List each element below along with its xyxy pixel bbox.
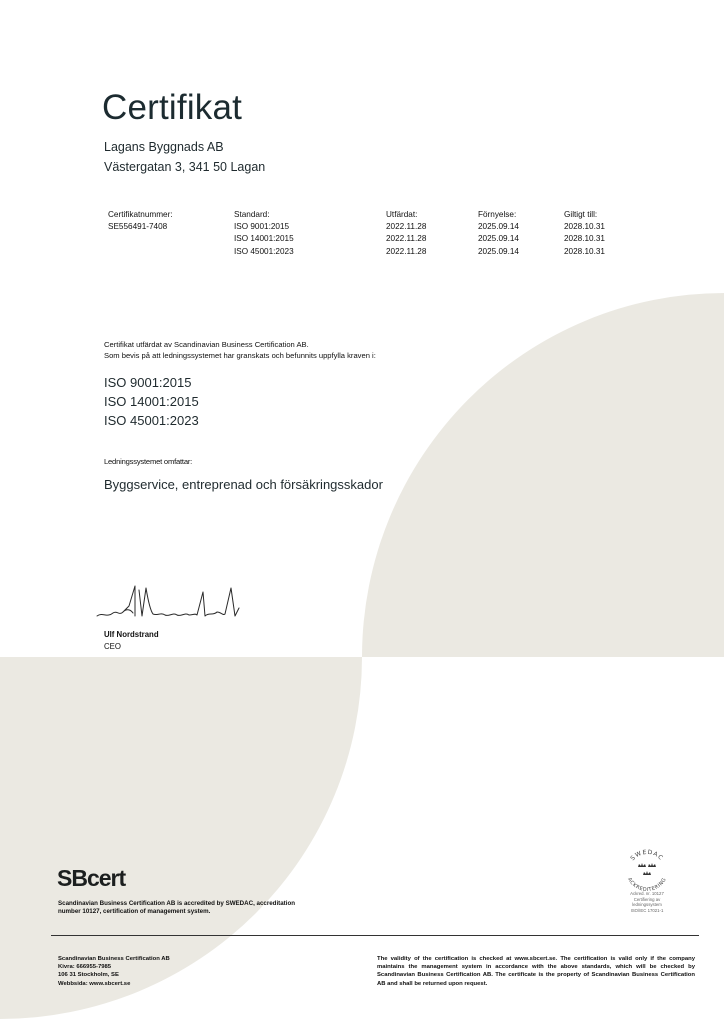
swedac-caption-line: ISO/IEC 17021-1 (614, 908, 680, 914)
footer-disclaimer: The validity of the certification is che… (377, 955, 695, 988)
issued-column: Utfärdat: 2022.11.28 2022.11.28 2022.11.… (386, 209, 426, 258)
footer-divider (51, 935, 699, 936)
company-name: Lagans Byggnads AB (104, 140, 224, 154)
svg-text:SWEDAC: SWEDAC (629, 849, 664, 862)
company-address: Västergatan 3, 341 50 Lagan (104, 160, 265, 174)
signer-name: Ulf Nordstrand (104, 630, 159, 639)
table-cell-renewal: 2025.09.14 (478, 221, 519, 233)
standard-column: Standard: ISO 9001:2015 ISO 14001:2015 I… (234, 209, 294, 258)
valid-until-header: Giltigt till: (564, 209, 605, 221)
certificate-number-header: Certifikatnummer: (108, 209, 173, 221)
footer-contact: Scandinavian Business Certification AB K… (58, 955, 170, 988)
footer-company: Scandinavian Business Certification AB (58, 955, 170, 963)
footer-website: Webbsida: www.sbcert.se (58, 980, 170, 988)
footer-postal: 106 31 Stockholm, SE (58, 971, 170, 979)
sbcert-logo: SBcert (57, 865, 125, 892)
table-cell-issued: 2022.11.28 (386, 246, 426, 258)
table-cell-renewal: 2025.09.14 (478, 233, 519, 245)
swedac-caption: Ackred. nr. 10127 Certifiering av lednin… (614, 891, 680, 914)
background-quarter-circle-top-right (362, 293, 724, 657)
standard-header: Standard: (234, 209, 294, 221)
table-cell-renewal: 2025.09.14 (478, 246, 519, 258)
table-cell-valid-until: 2028.10.31 (564, 246, 605, 258)
page-title: Certifikat (102, 88, 242, 128)
background-quarter-circle-bottom-left (0, 657, 362, 1019)
footer-org-number: Kivra: 666955-7985 (58, 963, 170, 971)
certificate-number-value: SE556491-7408 (108, 221, 173, 233)
issued-header: Utfärdat: (386, 209, 426, 221)
certified-standard: ISO 9001:2015 (104, 373, 199, 392)
certified-standard: ISO 45001:2023 (104, 411, 199, 430)
renewal-header: Förnyelse: (478, 209, 519, 221)
valid-until-column: Giltigt till: 2028.10.31 2028.10.31 2028… (564, 209, 605, 258)
table-cell-standard: ISO 45001:2023 (234, 246, 294, 258)
table-cell-standard: ISO 9001:2015 (234, 221, 294, 233)
scope-value: Byggservice, entreprenad och försäkrings… (104, 477, 383, 492)
signer-title: CEO (104, 642, 121, 651)
renewal-column: Förnyelse: 2025.09.14 2025.09.14 2025.09… (478, 209, 519, 258)
table-cell-issued: 2022.11.28 (386, 221, 426, 233)
table-cell-issued: 2022.11.28 (386, 233, 426, 245)
table-cell-valid-until: 2028.10.31 (564, 233, 605, 245)
signature-icon (95, 582, 245, 622)
scope-label: Ledningssystemet omfattar: (104, 457, 192, 466)
table-cell-valid-until: 2028.10.31 (564, 221, 605, 233)
certified-standards-list: ISO 9001:2015 ISO 14001:2015 ISO 45001:2… (104, 373, 199, 430)
certificate-number-column: Certifikatnummer: SE556491-7408 (108, 209, 173, 233)
statement-line-1: Certifikat utfärdat av Scandinavian Busi… (104, 339, 376, 350)
certification-statement: Certifikat utfärdat av Scandinavian Busi… (104, 339, 376, 362)
accreditation-note: Scandinavian Business Certification AB i… (58, 900, 318, 917)
certified-standard: ISO 14001:2015 (104, 392, 199, 411)
table-cell-standard: ISO 14001:2015 (234, 233, 294, 245)
statement-line-2: Som bevis på att ledningssystemet har gr… (104, 350, 376, 361)
